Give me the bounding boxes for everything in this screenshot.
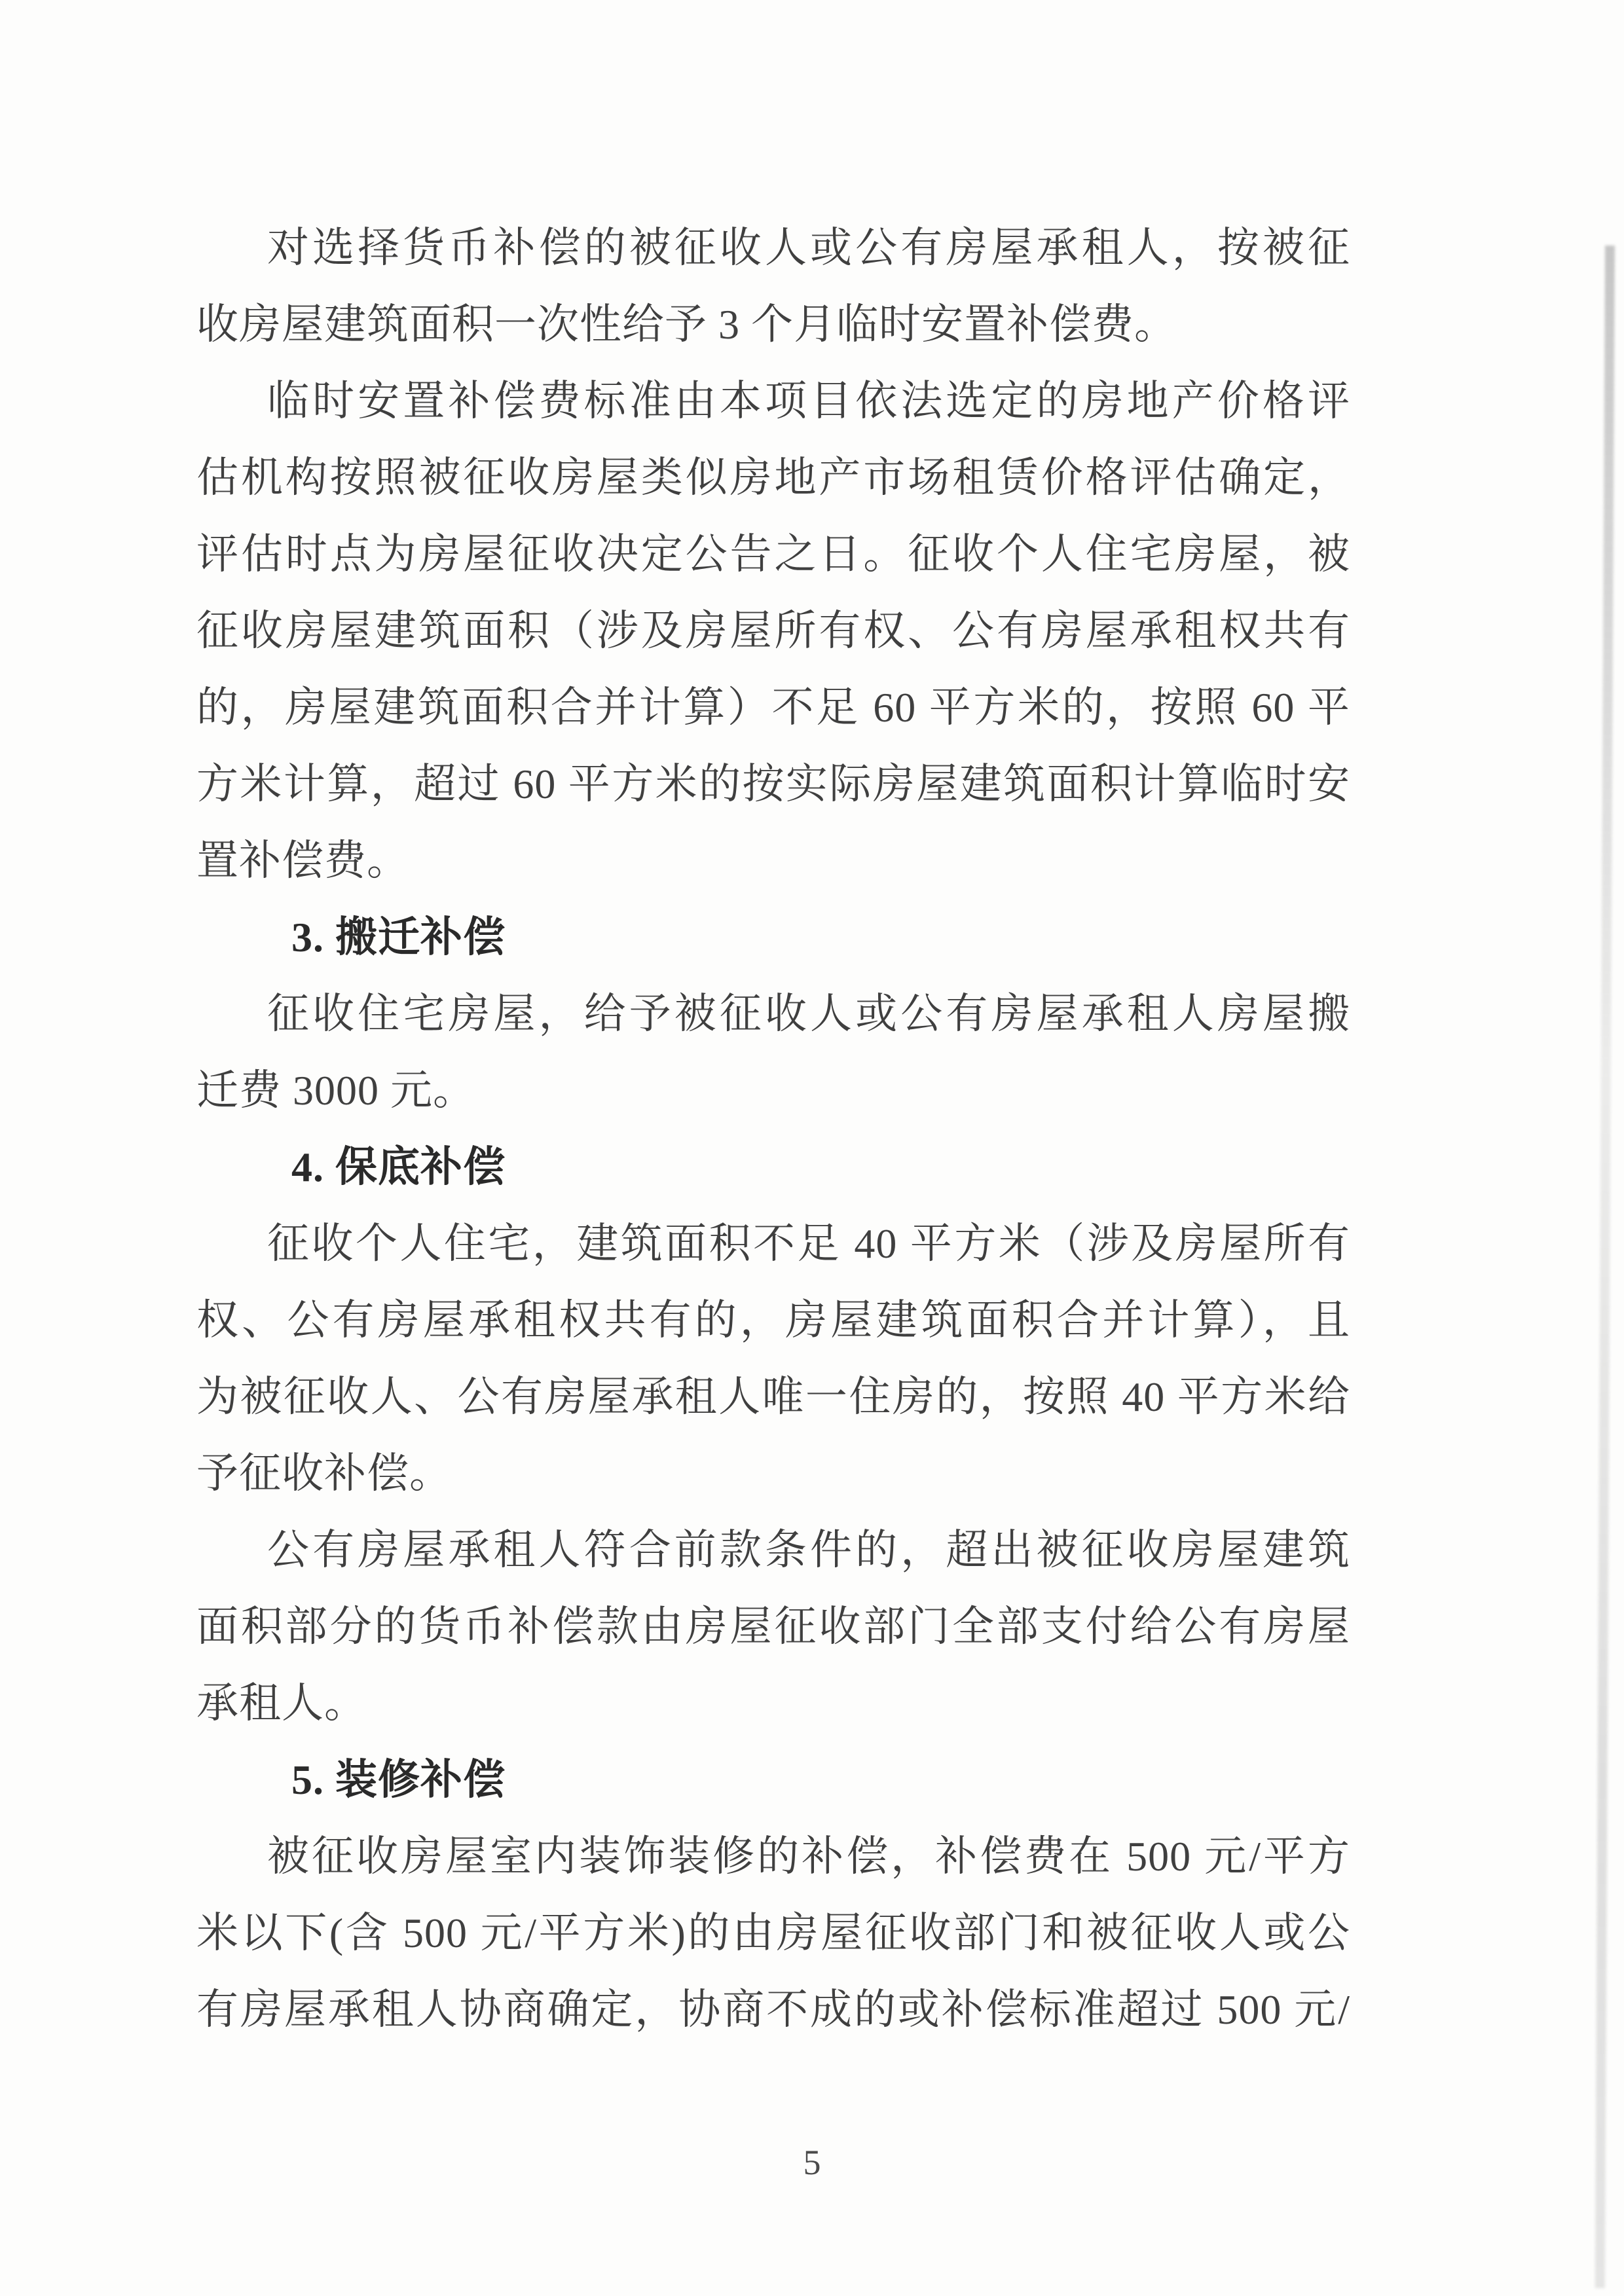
text-line: 米以下(含 500 元/平方米)的由房屋征收部门和被征收人或公 [196,1895,1350,1971]
section-heading-renovation-compensation: 5. 装修补偿 [196,1741,1350,1818]
text-line: 征收房屋建筑面积（涉及房屋所有权、公有房屋承租权共有 [196,592,1350,669]
text-line: 征收个人住宅，建筑面积不足 40 平方米（涉及房屋所有 [196,1205,1350,1282]
text-line: 收房屋建筑面积一次性给予 3 个月临时安置补偿费。 [196,286,1350,363]
text-line: 被征收房屋室内装饰装修的补偿，补偿费在 500 元/平方 [196,1818,1350,1895]
text-line: 评估时点为房屋征收决定公告之日。征收个人住宅房屋，被 [196,516,1350,592]
text-line: 征收住宅房屋，给予被征收人或公有房屋承租人房屋搬 [196,975,1350,1052]
scanned-document-page: { "page": { "number": "5" }, "colors": {… [0,0,1624,2296]
text-line: 面积部分的货币补偿款由房屋征收部门全部支付给公有房屋 [196,1588,1350,1665]
scan-artifact-line [1595,246,1615,2288]
section-heading-minimum-compensation: 4. 保底补偿 [196,1129,1350,1205]
text-line: 迁费 3000 元。 [196,1052,1350,1129]
text-line: 置补偿费。 [196,822,1350,899]
text-line: 方米计算，超过 60 平方米的按实际房屋建筑面积计算临时安 [196,746,1350,822]
text-line: 承租人。 [196,1665,1350,1741]
text-line: 权、公有房屋承租权共有的，房屋建筑面积合并计算），且 [196,1282,1350,1358]
text-line: 临时安置补偿费标准由本项目依法选定的房地产价格评 [196,363,1350,439]
document-body: 对选择货币补偿的被征收人或公有房屋承租人，按被征 收房屋建筑面积一次性给予 3 … [196,210,1350,2048]
page-number: 5 [0,2126,1624,2198]
text-line: 为被征收人、公有房屋承租人唯一住房的，按照 40 平方米给 [196,1358,1350,1435]
text-line: 公有房屋承租人符合前款条件的，超出被征收房屋建筑 [196,1512,1350,1588]
text-line: 有房屋承租人协商确定，协商不成的或补偿标准超过 500 元/ [196,1971,1350,2048]
section-heading-relocation-compensation: 3. 搬迁补偿 [196,899,1350,975]
text-line: 对选择货币补偿的被征收人或公有房屋承租人，按被征 [196,210,1350,286]
text-line: 估机构按照被征收房屋类似房地产市场租赁价格评估确定， [196,439,1350,516]
text-line: 的，房屋建筑面积合并计算）不足 60 平方米的，按照 60 平 [196,669,1350,746]
text-line: 予征收补偿。 [196,1435,1350,1512]
